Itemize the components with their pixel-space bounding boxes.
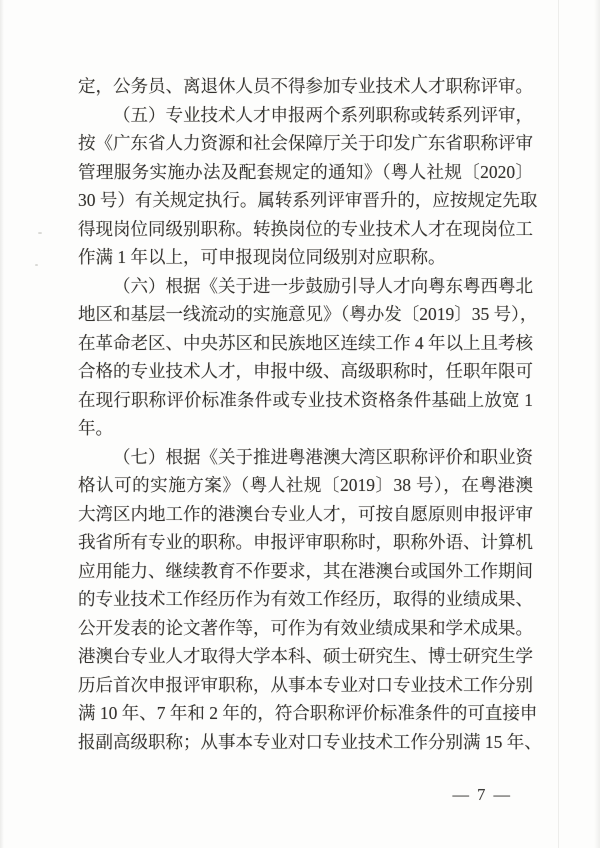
text-line: 30 号）有关规定执行。属转系列评审晋升的，应按规定先取 [78, 186, 533, 215]
text-line: 满 10 年、7 年和 2 年的，符合职称评价标准条件的可直接申 [78, 699, 533, 728]
text-line: （七）根据《关于推进粤港澳大湾区职称评价和职业资 [78, 443, 533, 472]
text-line: 按《广东省人力资源和社会保障厅关于印发广东省职称评审 [78, 129, 533, 158]
text-line: 定，公务员、离退休人员不得参加专业技术人才职称评审。 [78, 72, 533, 101]
body-text: 定，公务员、离退休人员不得参加专业技术人才职称评审。（五）专业技术人才申报两个系… [78, 72, 533, 756]
text-line: （五）专业技术人才申报两个系列职称或转系列评审， [78, 101, 533, 130]
text-line: 作满 1 年以上，可申报现岗位同级别对应职称。 [78, 243, 533, 272]
scan-speck [38, 232, 42, 234]
text-line: 合格的专业技术人才，申报中级、高级职称时，任职年限可 [78, 357, 533, 386]
scan-artifact-line [558, 0, 559, 848]
document-page: 定，公务员、离退休人员不得参加专业技术人才职称评审。（五）专业技术人才申报两个系… [0, 0, 600, 848]
text-line: 港澳台专业人才取得大学本科、硕士研究生、博士研究生学 [78, 642, 533, 671]
text-line: 年。 [78, 414, 533, 443]
text-line: 在革命老区、中央苏区和民族地区连续工作 4 年以上且考核 [78, 329, 533, 358]
text-line: 公开发表的论文著作等，可作为有效业绩成果和学术成果。 [78, 614, 533, 643]
text-line: 历后首次申报评审职称，从事本专业对口专业技术工作分别 [78, 671, 533, 700]
text-line: 地区和基层一线流动的实施意见》（粤办发〔2019〕35 号）， [78, 300, 533, 329]
text-line: 应用能力、继续教育不作要求，其在港澳台或国外工作期间 [78, 557, 533, 586]
text-line: 在现行职称评价标准条件或专业技术资格条件基础上放宽 1 [78, 386, 533, 415]
scan-speck [35, 264, 38, 266]
text-line: （六）根据《关于进一步鼓励引导人才向粤东粤西粤北 [78, 272, 533, 301]
text-line: 大湾区内地工作的港澳台专业人才，可按自愿原则申报评审 [78, 500, 533, 529]
page-number: — 7 — [453, 785, 513, 805]
text-line: 的专业技术工作经历作为有效工作经历，取得的业绩成果、 [78, 585, 533, 614]
text-line: 我省所有专业的职称。申报评审职称时，职称外语、计算机 [78, 528, 533, 557]
text-line: 得现岗位同级别职称。转换岗位的专业技术人才在现岗位工 [78, 215, 533, 244]
text-line: 报副高级职称；从事本专业对口专业技术工作分别满 15 年、 [78, 728, 533, 757]
text-line: 管理服务实施办法及配套规定的通知》（粤人社规〔2020〕 [78, 158, 533, 187]
text-line: 格认可的实施方案》（粤人社规〔2019〕38 号），在粤港澳 [78, 471, 533, 500]
